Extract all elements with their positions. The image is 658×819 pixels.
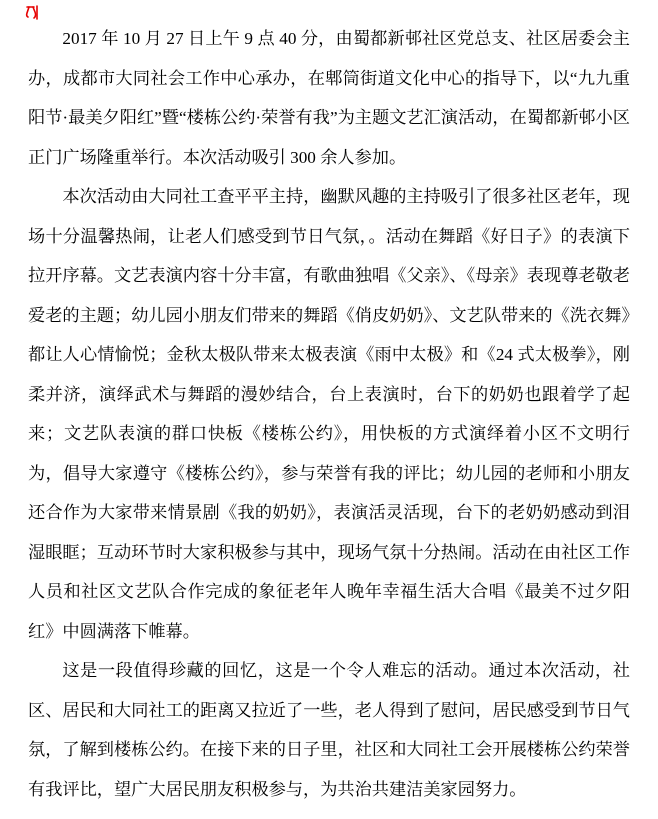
- paragraph-event-intro: 2017 年 10 月 27 日上午 9 点 40 分，由蜀都新邨社区党总支、社…: [28, 19, 630, 177]
- paragraph-event-details: 本次活动由大同社工查平平主持，幽默风趣的主持吸引了很多社区老年，现场十分温馨热闹…: [28, 177, 630, 651]
- document-page: 2017 年 10 月 27 日上午 9 点 40 分，由蜀都新邨社区党总支、社…: [0, 0, 658, 819]
- red-annotation-mark-icon: [24, 4, 40, 22]
- document-body: 2017 年 10 月 27 日上午 9 点 40 分，由蜀都新邨社区党总支、社…: [28, 19, 630, 809]
- paragraph-event-summary: 这是一段值得珍藏的回忆，这是一个令人难忘的活动。通过本次活动，社区、居民和大同社…: [28, 651, 630, 809]
